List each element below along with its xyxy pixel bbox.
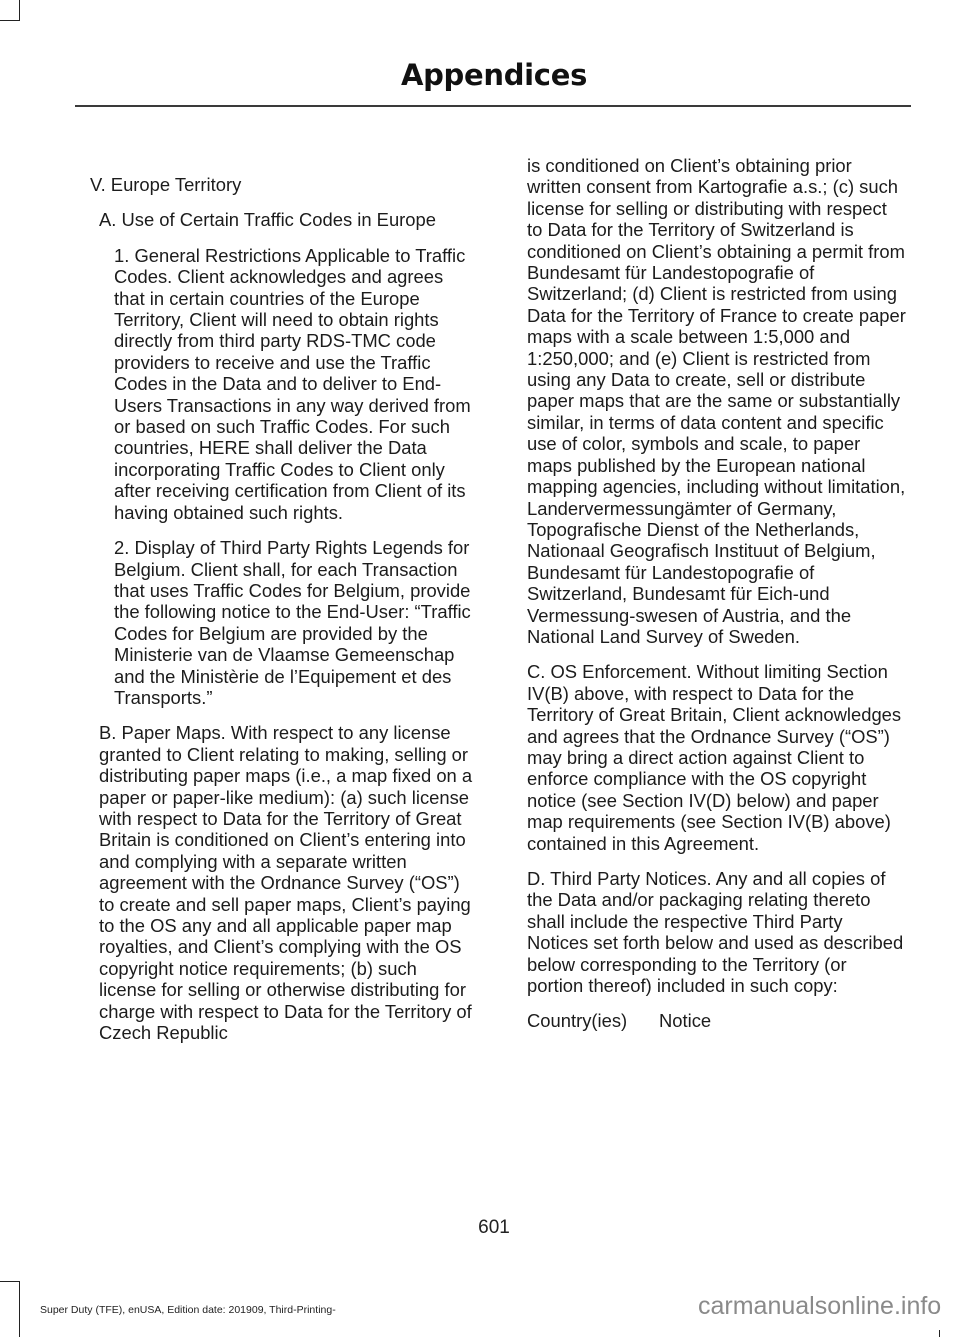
right-column: is conditioned on Client’s obtaining pri…	[527, 155, 907, 1046]
section-heading-v: V. Europe Territory	[90, 174, 475, 195]
paragraph-belgium-legends: 2. Display of Third Party Rights Legends…	[114, 537, 475, 708]
header-divider	[75, 105, 911, 107]
watermark: carmanualsonline.info	[698, 1292, 941, 1321]
table-header-country: Country(ies)	[527, 1010, 659, 1031]
paragraph-paper-maps-continued: is conditioned on Client’s obtaining pri…	[527, 155, 907, 647]
crop-mark-bottom-left	[0, 1281, 20, 1337]
left-column: V. Europe Territory A. Use of Certain Tr…	[90, 174, 475, 1057]
crop-mark-top-left	[0, 0, 20, 21]
crop-mark-bottom-right	[939, 1330, 940, 1337]
paragraph-os-enforcement: C. OS Enforcement. Without limiting Sect…	[527, 661, 907, 854]
edition-footer: Super Duty (TFE), enUSA, Edition date: 2…	[40, 1304, 336, 1316]
paragraph-paper-maps: B. Paper Maps. With respect to any licen…	[99, 722, 475, 1043]
page-title: Appendices	[0, 58, 960, 92]
notice-table-header: Country(ies)Notice	[527, 1010, 907, 1031]
paragraph-general-restrictions: 1. General Restrictions Applicable to Tr…	[114, 245, 475, 523]
page-number: 601	[0, 1217, 960, 1239]
paragraph-third-party-notices: D. Third Party Notices. Any and all copi…	[527, 868, 907, 996]
section-heading-a: A. Use of Certain Traffic Codes in Europ…	[99, 209, 475, 230]
table-header-notice: Notice	[659, 1010, 711, 1031]
